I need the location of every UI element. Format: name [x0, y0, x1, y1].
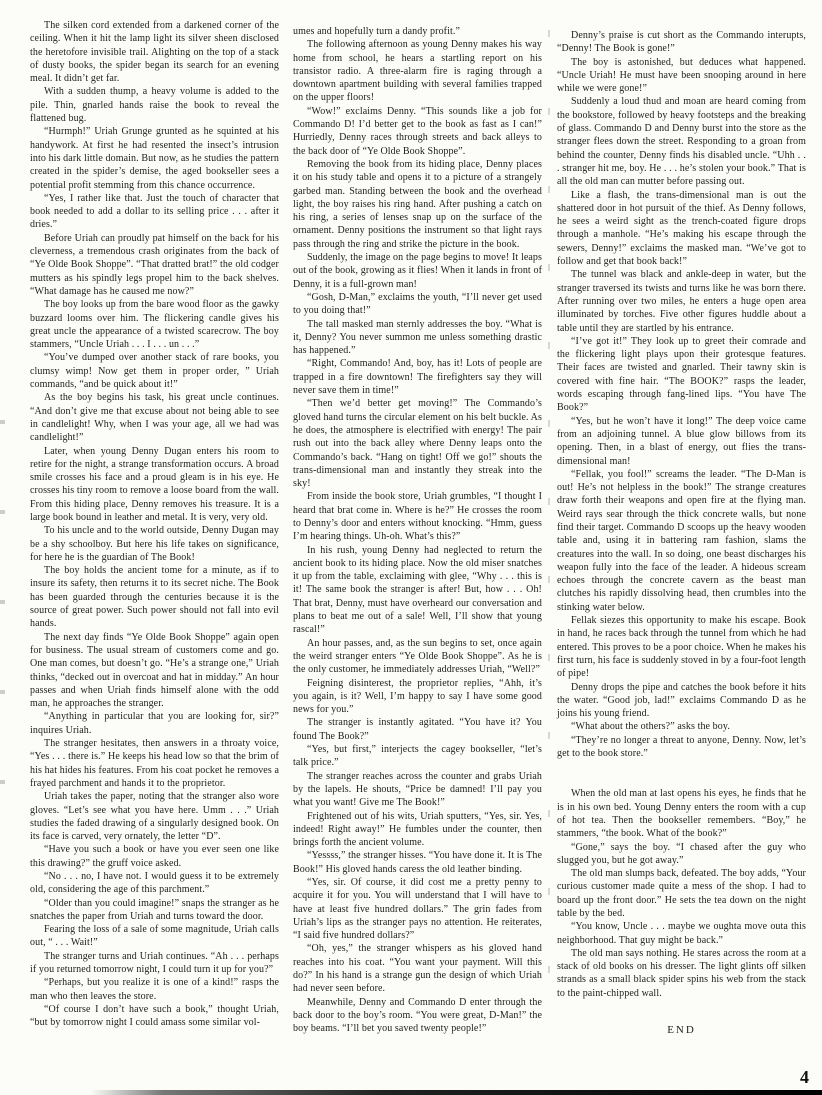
story-paragraph: “Gosh, D-Man,” exclaims the youth, “I’ll… [293, 291, 542, 318]
story-paragraph: “What about the others?” asks the boy. [557, 720, 806, 733]
scan-speckle-marks [0, 420, 5, 820]
story-paragraph: The tunnel was black and ankle-deep in w… [557, 268, 806, 334]
story-paragraph: “Oh, yes,” the stranger whispers as his … [293, 942, 542, 995]
story-paragraph: The tall masked man sternly addresses th… [293, 318, 542, 358]
text-column-left: The silken cord extended from a darkened… [30, 0, 279, 1030]
story-paragraph: From inside the book store, Uriah grumbl… [293, 490, 542, 543]
story-paragraph: umes and hopefully turn a dandy profit.” [293, 25, 542, 38]
story-paragraph: The stranger turns and Uriah continues. … [30, 950, 279, 977]
story-paragraph: “Yes, I rather like that. Just the touch… [30, 192, 279, 232]
story-paragraph: “Fellak, you fool!” screams the leader. … [557, 468, 806, 614]
story-paragraph: Suddenly a loud thud and moan are heard … [557, 95, 806, 188]
story-paragraph: In his rush, young Denny had neglected t… [293, 544, 542, 637]
story-paragraph: Frightened out of his wits, Uriah sputte… [293, 810, 542, 850]
story-paragraph: “Gone,” says the boy. “I chased after th… [557, 841, 806, 868]
story-paragraph: The stranger is instantly agitated. “You… [293, 716, 542, 743]
story-paragraph: Fearing the loss of a sale of some magni… [30, 923, 279, 950]
end-label: END [557, 1024, 806, 1037]
story-paragraph: “Older than you could imagine!” snaps th… [30, 897, 279, 924]
story-paragraph: “Of course I don’t have such a book,” th… [30, 1003, 279, 1030]
story-paragraph: “Hurmph!” Uriah Grunge grunted as he squ… [30, 125, 279, 191]
story-paragraph: “Perhaps, but you realize it is one of a… [30, 976, 279, 1003]
story-paragraph: The stranger reaches across the counter … [293, 770, 542, 810]
story-paragraph: The silken cord extended from a darkened… [30, 19, 279, 85]
story-paragraph: “Yessss,” the stranger hisses. “You have… [293, 849, 542, 876]
document-page: The silken cord extended from a darkened… [0, 0, 822, 1095]
story-paragraph: “I’ve got it!” They look up to greet the… [557, 335, 806, 415]
story-paragraph: Feigning disinterest, the proprietor rep… [293, 677, 542, 717]
story-paragraph: “Yes, but first,” interjects the cagey b… [293, 743, 542, 770]
story-paragraph: Removing the book from its hiding place,… [293, 158, 542, 251]
story-paragraph: Denny’s praise is cut short as the Comma… [557, 29, 806, 56]
scan-artifact-bar [90, 1090, 822, 1095]
page-number: 4 [800, 1067, 809, 1088]
story-paragraph: “Then we’d better get moving!” The Comma… [293, 397, 542, 490]
story-paragraph: The old man slumps back, defeated. The b… [557, 867, 806, 920]
story-paragraph: The next day finds “Ye Olde Book Shoppe”… [30, 631, 279, 711]
story-paragraph: The boy is astonished, but deduces what … [557, 56, 806, 96]
story-paragraph: “They’re no longer a threat to anyone, D… [557, 734, 806, 761]
story-paragraph: Later, when young Denny Dugan enters his… [30, 445, 279, 525]
story-paragraph: Suddenly, the image on the page begins t… [293, 251, 542, 291]
story-paragraph: “You’ve dumped over another stack of rar… [30, 351, 279, 391]
story-paragraph: The stranger hesitates, then answers in … [30, 737, 279, 790]
story-paragraph: Fellak siezes this opportunity to make h… [557, 614, 806, 680]
story-paragraph: The boy holds the ancient tome for a min… [30, 564, 279, 630]
story-paragraph: “No . . . no, I have not. I would guess … [30, 870, 279, 897]
story-paragraph: The old man says nothing. He stares acro… [557, 947, 806, 1000]
text-column-right: Denny’s praise is cut short as the Comma… [557, 0, 806, 1037]
story-paragraph: Like a flash, the trans-dimensional man … [557, 189, 806, 269]
story-paragraph: “Anything in particular that you are loo… [30, 710, 279, 737]
story-paragraph: “Right, Commando! And, boy, has it! Lots… [293, 357, 542, 397]
story-paragraph: “You know, Uncle . . . maybe we oughta m… [557, 920, 806, 947]
story-paragraph: When the old man at last opens his eyes,… [557, 787, 806, 840]
story-paragraph: “Have you such a book or have you ever s… [30, 843, 279, 870]
story-paragraph: To his uncle and to the world outside, D… [30, 524, 279, 564]
story-paragraph: With a sudden thump, a heavy volume is a… [30, 85, 279, 125]
story-paragraph: “Wow!” exclaims Denny. “This sounds like… [293, 105, 542, 158]
story-paragraph: “Yes, sir. Of course, it did cost me a p… [293, 876, 542, 942]
story-paragraph: Before Uriah can proudly pat himself on … [30, 232, 279, 298]
story-paragraph: Uriah takes the paper, noting that the s… [30, 790, 279, 843]
story-paragraph: “Yes, but he won’t have it long!” The de… [557, 415, 806, 468]
story-paragraph: The boy looks up from the bare wood floo… [30, 298, 279, 351]
story-paragraph: Denny drops the pipe and catches the boo… [557, 681, 806, 721]
text-column-middle: umes and hopefully turn a dandy profit.”… [293, 0, 542, 1036]
story-paragraph: As the boy begins his task, his great un… [30, 391, 279, 444]
story-paragraph: An hour passes, and, as the sun begins t… [293, 637, 542, 677]
column-crease-line [548, 30, 550, 1040]
story-paragraph: The following afternoon as young Denny m… [293, 38, 542, 104]
story-paragraph: Meanwhile, Denny and Commando D enter th… [293, 996, 542, 1036]
